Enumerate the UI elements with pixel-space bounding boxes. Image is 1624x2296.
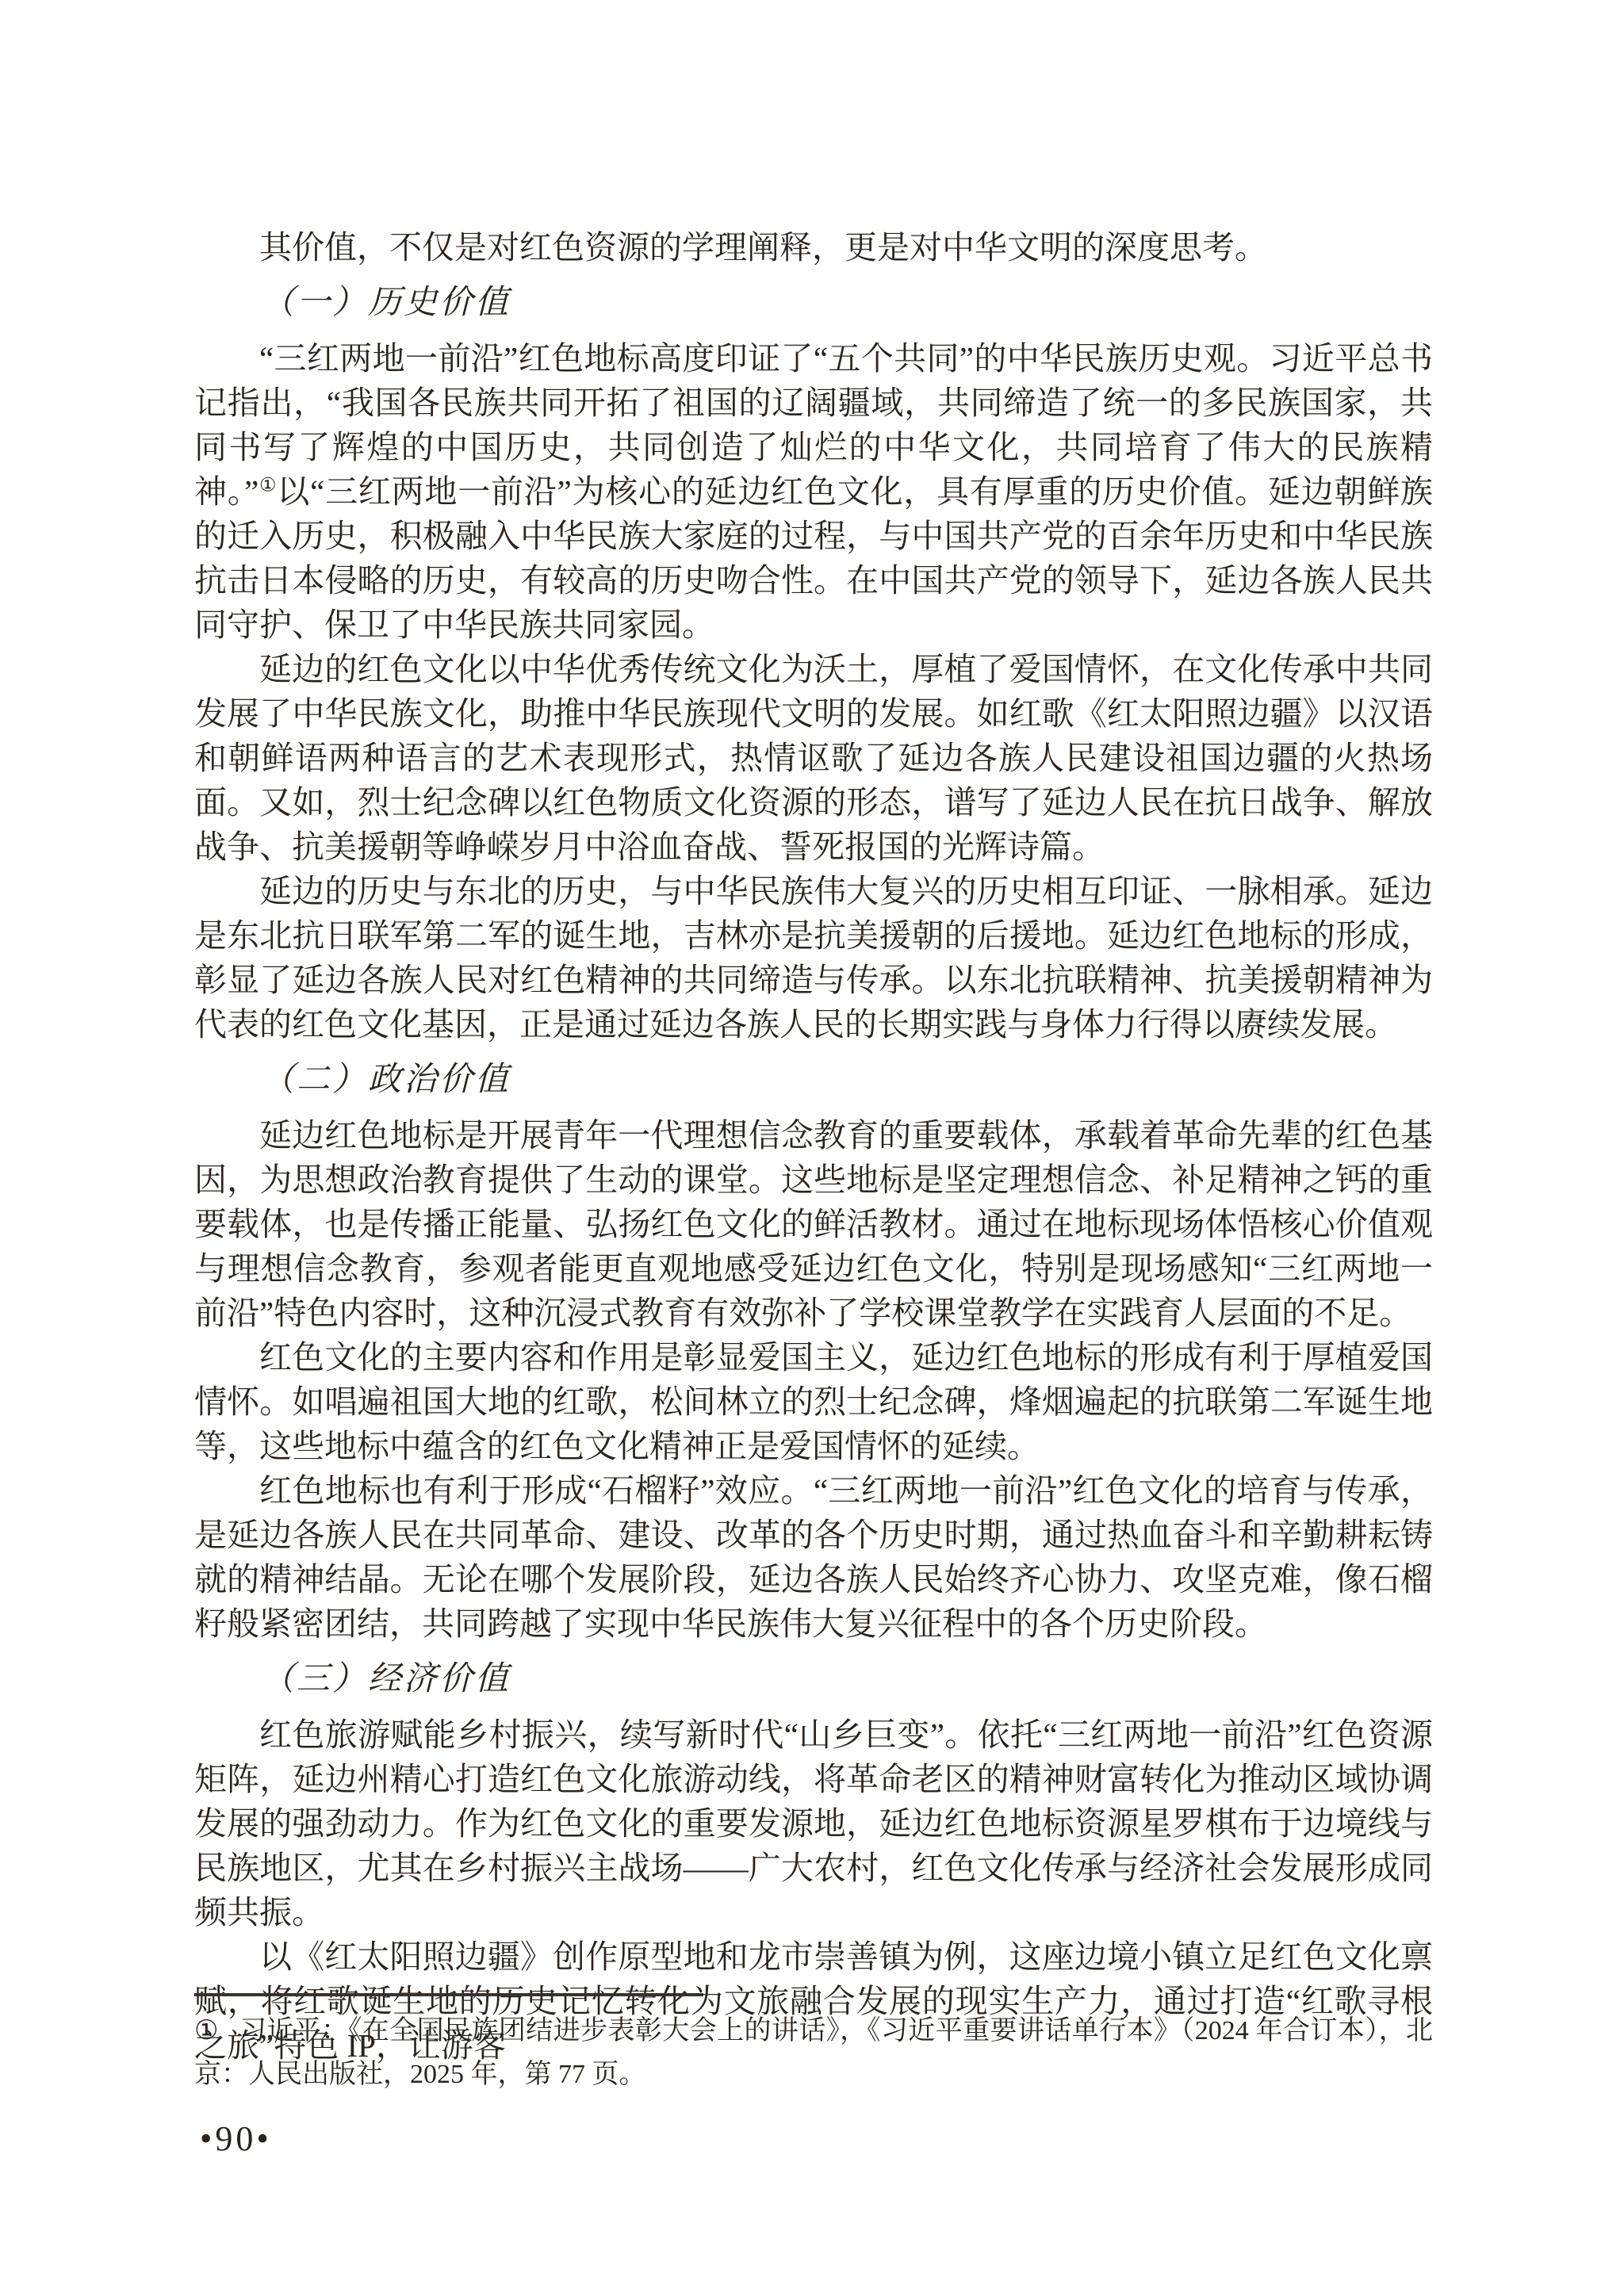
footnote-ref-marker: ① — [259, 475, 277, 496]
footnote-divider — [194, 1993, 703, 1996]
body-paragraph: 延边的红色文化以中华优秀传统文化为沃土，厚植了爱国情怀，在文化传承中共同发展了中… — [194, 647, 1433, 869]
section-heading: （二）政治价值 — [194, 1058, 1433, 1102]
footnote-marker: ① — [194, 2009, 218, 2053]
footnote-text: 习近平：《在全国民族团结进步表彰大会上的讲话》，《习近平重要讲话单行本》（202… — [194, 2016, 1433, 2089]
section-heading: （一）历史价值 — [194, 281, 1433, 325]
article-body: 其价值，不仅是对红色资源的学理阐释，更是对中华文明的深度思考。（一）历史价值“三… — [194, 225, 1433, 2068]
body-paragraph: 其价值，不仅是对红色资源的学理阐释，更是对中华文明的深度思考。 — [194, 225, 1433, 270]
document-page: 其价值，不仅是对红色资源的学理阐释，更是对中华文明的深度思考。（一）历史价值“三… — [0, 0, 1624, 2296]
body-paragraph: 延边的历史与东北的历史，与中华民族伟大复兴的历史相互印证、一脉相承。延边是东北抗… — [194, 869, 1433, 1047]
footnote: ①习近平：《在全国民族团结进步表彰大会上的讲话》，《习近平重要讲话单行本》（20… — [194, 2009, 1433, 2096]
body-paragraph: 红色地标也有利于形成“石榴籽”效应。“三红两地一前沿”红色文化的培育与传承，是延… — [194, 1468, 1433, 1646]
body-paragraph: “三红两地一前沿”红色地标高度印证了“五个共同”的中华民族历史观。习近平总书记指… — [194, 336, 1433, 647]
body-paragraph: 延边红色地标是开展青年一代理想信念教育的重要载体，承载着革命先辈的红色基因，为思… — [194, 1113, 1433, 1335]
body-paragraph: 红色旅游赋能乡村振兴，续写新时代“山乡巨变”。依托“三红两地一前沿”红色资源矩阵… — [194, 1712, 1433, 1934]
section-heading: （三）经济价值 — [194, 1657, 1433, 1701]
body-paragraph: 红色文化的主要内容和作用是彰显爱国主义，延边红色地标的形成有利于厚植爱国情怀。如… — [194, 1335, 1433, 1468]
page-number: •90• — [200, 2118, 272, 2159]
